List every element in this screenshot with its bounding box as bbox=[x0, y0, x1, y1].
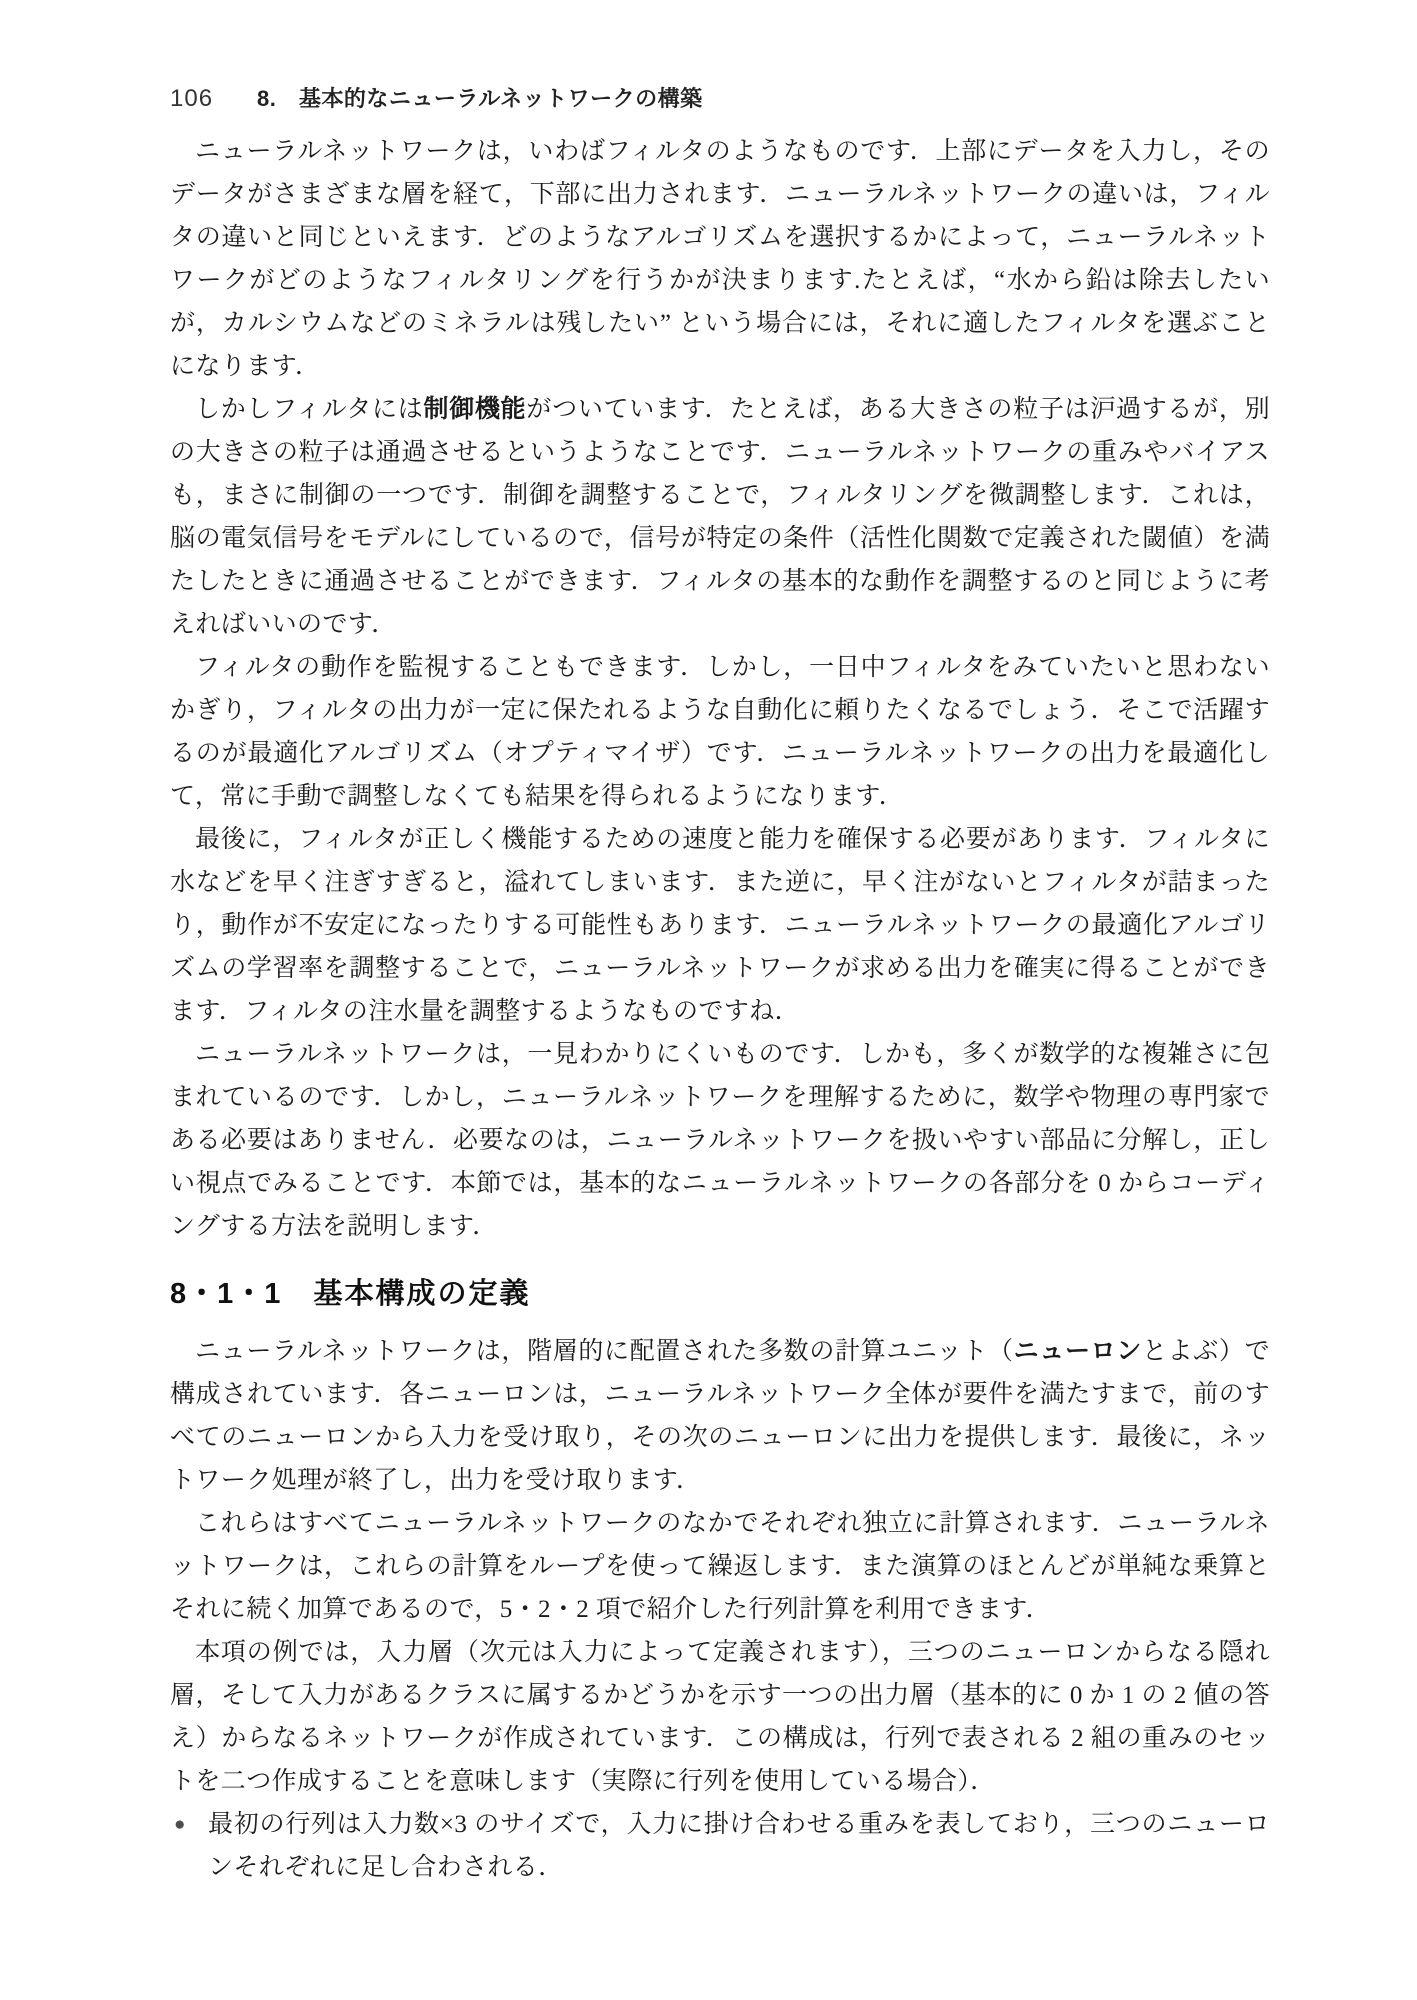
paragraph-8: 本項の例では，入力層（次元は入力によって定義されます），三つのニューロンからなる… bbox=[170, 1631, 1270, 1803]
paragraph-5: ニューラルネットワークは，一見わかりにくいものです．しかも，多くが数学的な複雑さ… bbox=[170, 1033, 1270, 1248]
paragraph-7: これらはすべてニューラルネットワークのなかでそれぞれ独立に計算されます．ニューラ… bbox=[170, 1502, 1270, 1631]
section-number: 8・1・1 bbox=[170, 1278, 281, 1310]
bold-term-control: 制御機能 bbox=[424, 395, 527, 423]
paragraph-6: ニューラルネットワークは，階層的に配置された多数の計算ユニット（ニューロンとよぶ… bbox=[170, 1330, 1270, 1502]
bold-term-neuron: ニューロン bbox=[1014, 1337, 1142, 1365]
paragraph-2-text: しかしフィルタには bbox=[195, 396, 424, 423]
paragraph-2-text-cont: がついています．たとえば，ある大きさの粒子は沪過するが，別の大きさの粒子は通過さ… bbox=[170, 396, 1270, 638]
book-page: 106 8. 基本的なニューラルネットワークの構築 ニューラルネットワークは，い… bbox=[0, 0, 1417, 2000]
paragraph-3: フィルタの動作を監視することもできます．しかし，一日中フィルタをみていたいと思わ… bbox=[170, 646, 1270, 818]
paragraph-6-text: ニューラルネットワークは，階層的に配置された多数の計算ユニット（ bbox=[195, 1338, 1014, 1365]
list-item-text: 最初の行列は入力数×3 のサイズで，入力に掛け合わせる重みを表しており，三つのニ… bbox=[208, 1803, 1270, 1889]
paragraph-2: しかしフィルタには制御機能がついています．たとえば，ある大きさの粒子は沪過するが… bbox=[170, 388, 1270, 646]
paragraph-4: 最後に，フィルタが正しく機能するための速度と能力を確保する必要があります．フィル… bbox=[170, 818, 1270, 1033]
page-number: 106 bbox=[170, 85, 213, 113]
section-heading: 8・1・1 基本構成の定義 bbox=[170, 1274, 1270, 1314]
chapter-title: 8. 基本的なニューラルネットワークの構築 bbox=[257, 82, 703, 113]
page-body: ニューラルネットワークは，いわばフィルタのようなものです．上部にデータを入力し，… bbox=[170, 130, 1270, 1889]
paragraph-1: ニューラルネットワークは，いわばフィルタのようなものです．上部にデータを入力し，… bbox=[170, 130, 1270, 388]
section-title: 基本構成の定義 bbox=[313, 1278, 530, 1310]
running-head: 106 8. 基本的なニューラルネットワークの構築 bbox=[170, 82, 1267, 113]
bullet-icon: ● bbox=[174, 1803, 208, 1889]
list-item: ● 最初の行列は入力数×3 のサイズで，入力に掛け合わせる重みを表しており，三つ… bbox=[170, 1803, 1270, 1889]
